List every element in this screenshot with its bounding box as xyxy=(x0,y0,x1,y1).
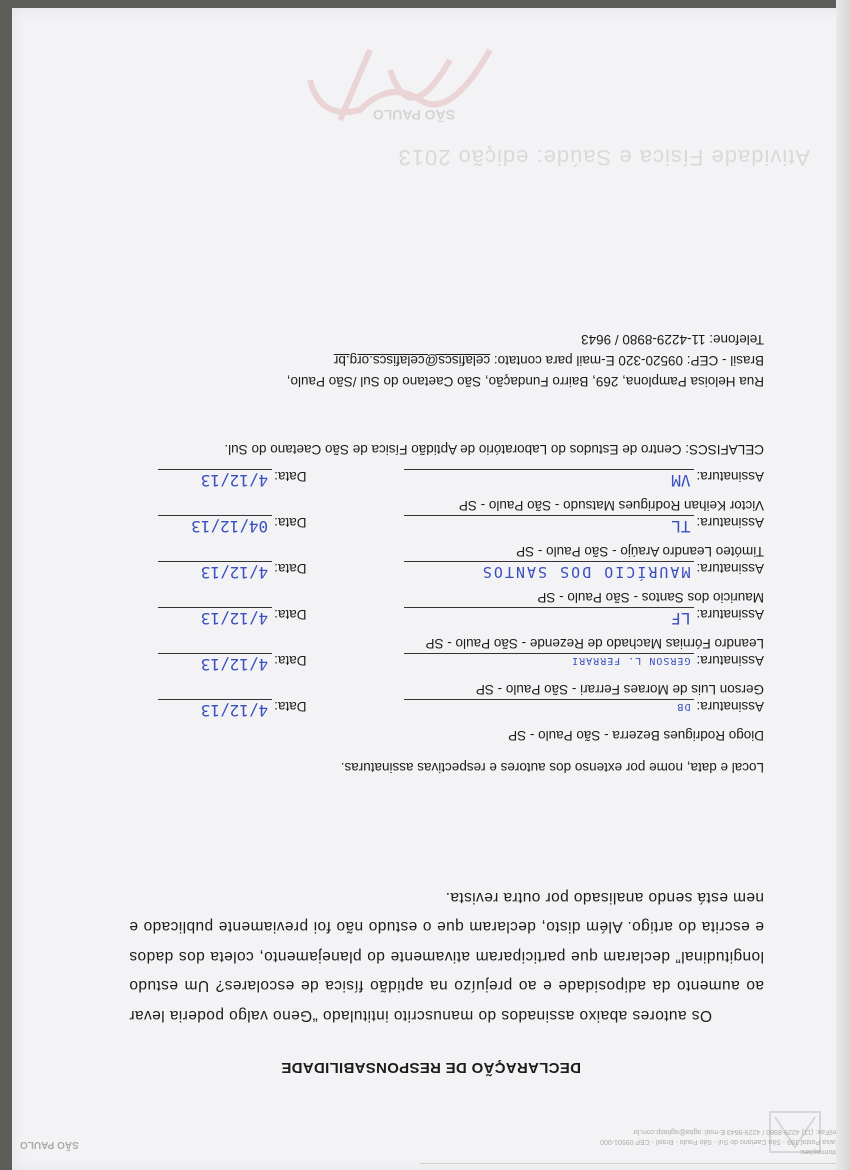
signature-label: Assinatura: xyxy=(696,561,764,576)
signers-list: Diogo Rodrigues Bezerra - São Paulo - SP… xyxy=(134,469,764,745)
signer-name: Gerson Luis de Moraes Ferrari - São Paul… xyxy=(134,679,764,699)
handwritten-signature: MAURÍCIO DOS SANTOS xyxy=(481,563,691,581)
signature-label: Assinatura: xyxy=(696,699,764,714)
letterhead-brand: SÃO PAULO xyxy=(20,1139,79,1150)
scanner-edge xyxy=(836,0,850,1170)
signature-field[interactable]: GERSON L. FERRARI xyxy=(404,653,694,672)
date-field[interactable]: 4/12/13 xyxy=(158,469,272,488)
declaration-paragraph: Os autores abaixo assinados do manuscrit… xyxy=(129,883,764,1031)
watermark-text: Atividade Física e Saúde: edição 2013 xyxy=(398,144,810,170)
signature-row: Assinatura:GERSON L. FERRARIData:4/12/13 xyxy=(134,653,764,679)
document-title: DECLARAÇÃO DE RESPONSABILIDADE xyxy=(12,1059,850,1076)
handwritten-date: 4/12/13 xyxy=(201,655,268,674)
date-field[interactable]: 04/12/13 xyxy=(158,515,272,534)
date-field[interactable]: 4/12/13 xyxy=(158,653,272,672)
signature-row: Assinatura:TLData:04/12/13 xyxy=(134,515,764,541)
letterhead: Informações: Caixa Postal 169 - São Caet… xyxy=(12,1090,850,1170)
date-label: Data: xyxy=(274,515,306,530)
signer-name: Mauricio dos Santos - São Paulo - SP xyxy=(134,587,764,607)
declaration-body: Os autores abaixo assinados do manuscrit… xyxy=(129,883,764,1031)
signature-row: Assinatura:DBData:4/12/13 xyxy=(134,699,764,725)
signature-field[interactable]: LF xyxy=(404,607,694,626)
signer-name: Victor Keihan Rodrigues Matsudo - São Pa… xyxy=(134,495,764,515)
contact-address: Rua Heloisa Pamplona, 269, Bairro Fundaç… xyxy=(129,329,764,392)
handwritten-date: 4/12/13 xyxy=(201,471,268,490)
phone-number: Telefone: 11-4229-8980 / 9643 xyxy=(129,329,764,350)
handwritten-signature: VM xyxy=(671,471,690,490)
address-prefix: Brasil - CEP: 09520-320 E-mail para cont… xyxy=(490,353,764,368)
signer-entry: Victor Keihan Rodrigues Matsudo - São Pa… xyxy=(134,469,764,515)
date-label: Data: xyxy=(274,469,306,484)
date-label: Data: xyxy=(274,653,306,668)
letterhead-divider xyxy=(420,1163,840,1164)
signer-entry: Mauricio dos Santos - São Paulo - SPAssi… xyxy=(134,561,764,607)
scanned-page: Informações: Caixa Postal 169 - São Caet… xyxy=(12,8,850,1170)
email-link[interactable]: celafiscs@celafiscs.org.br xyxy=(334,353,490,368)
handwritten-date: 4/12/13 xyxy=(201,609,268,628)
date-label: Data: xyxy=(274,699,306,714)
handwritten-date: 4/12/13 xyxy=(201,701,268,720)
handwritten-date: 04/12/13 xyxy=(191,517,268,536)
handwritten-date: 4/12/13 xyxy=(201,563,268,582)
instruction-text: Local e data, nome por extenso dos autor… xyxy=(341,760,764,775)
handwritten-signature: GERSON L. FERRARI xyxy=(571,655,690,666)
signature-label: Assinatura: xyxy=(696,607,764,622)
signer-name: Diogo Rodrigues Bezerra - São Paulo - SP xyxy=(134,725,764,745)
signer-entry: Leandro Fórnias Machado de Rezende - São… xyxy=(134,607,764,653)
signature-field[interactable]: DB xyxy=(404,699,694,718)
date-label: Data: xyxy=(274,561,306,576)
signer-entry: Diogo Rodrigues Bezerra - São Paulo - SP… xyxy=(134,699,764,745)
date-field[interactable]: 4/12/13 xyxy=(158,607,272,626)
signer-name: Timóteo Leandro Araújo - São Paulo - SP xyxy=(134,541,764,561)
signature-label: Assinatura: xyxy=(696,515,764,530)
handwritten-signature: LF xyxy=(671,609,690,628)
address-line-1: Rua Heloisa Pamplona, 269, Bairro Fundaç… xyxy=(129,371,764,392)
signature-row: Assinatura:MAURÍCIO DOS SANTOSData:4/12/… xyxy=(134,561,764,587)
signature-row: Assinatura:LFData:4/12/13 xyxy=(134,607,764,633)
signer-name: Leandro Fórnias Machado de Rezende - São… xyxy=(134,633,764,653)
signature-logo-icon xyxy=(290,30,510,140)
rotated-document: Informações: Caixa Postal 169 - São Caet… xyxy=(12,8,850,1170)
signer-entry: Timóteo Leandro Araújo - São Paulo - SPA… xyxy=(134,515,764,561)
signature-field[interactable]: TL xyxy=(404,515,694,534)
signature-label: Assinatura: xyxy=(696,653,764,668)
handwritten-signature: DB xyxy=(676,701,690,712)
date-field[interactable]: 4/12/13 xyxy=(158,561,272,580)
signature-row: Assinatura:VMData:4/12/13 xyxy=(134,469,764,495)
logo-icon xyxy=(760,1102,830,1162)
date-field[interactable]: 4/12/13 xyxy=(158,699,272,718)
address-line-2: Brasil - CEP: 09520-320 E-mail para cont… xyxy=(129,350,764,371)
date-label: Data: xyxy=(274,607,306,622)
watermark-brand: SÃO PAULO xyxy=(373,108,455,122)
signer-entry: Gerson Luis de Moraes Ferrari - São Paul… xyxy=(134,653,764,699)
watermark: Atividade Física e Saúde: edição 2013 SÃ… xyxy=(290,20,810,170)
handwritten-signature: TL xyxy=(671,517,690,536)
signature-label: Assinatura: xyxy=(696,469,764,484)
signature-field[interactable]: MAURÍCIO DOS SANTOS xyxy=(404,561,694,580)
celafiscs-note: CELAFISCS: Centro de Estudos do Laborató… xyxy=(129,438,764,460)
signature-field[interactable]: VM xyxy=(404,469,694,488)
